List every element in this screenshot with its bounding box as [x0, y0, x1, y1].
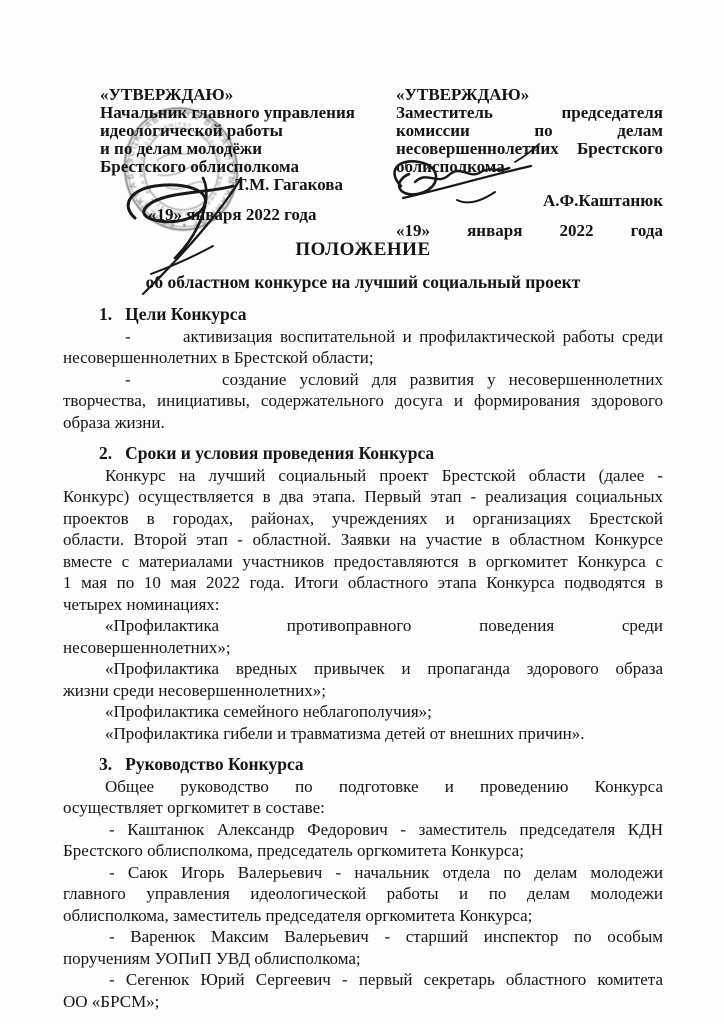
nomination-paragraph: «Профилактика вредных привычек и пропага… [63, 658, 663, 701]
approver-name: Т.М. Гагакова [100, 176, 343, 194]
nomination-paragraph: «Профилактика противоправного поведения … [63, 615, 663, 658]
text-line: - Каштанюк Александр Федорович - замести… [63, 819, 663, 841]
approver-title-line: идеологической работы [100, 122, 343, 140]
committee-member: - Варенюк Максим Валерьевич - старший ин… [63, 926, 663, 969]
text-line: облисполкома, заместитель председателя о… [63, 905, 663, 927]
section-title: Руководство Конкурса [125, 754, 304, 774]
approval-date: «19» января 2022 года [100, 206, 343, 224]
committee-member: - Саюк Игорь Валерьевич - начальник отде… [63, 862, 663, 927]
section-number: 2. [99, 443, 125, 463]
text-line: - создание условий для развития у несове… [63, 369, 663, 391]
approver-title-line: Брестского облисполкома [100, 158, 343, 176]
approve-label: «УТВЕРЖДАЮ» [396, 86, 663, 104]
text-line: «Профилактика противоправного поведения … [63, 615, 663, 637]
approver-title-line: и по делам молодёжи [100, 140, 343, 158]
nomination-paragraph: «Профилактика семейного неблагополучия»; [63, 701, 663, 723]
text-line: несовершеннолетних в Брестской области; [63, 347, 663, 369]
approver-name: А.Ф.Каштанюк [396, 192, 663, 210]
text-line: образа жизни. [63, 412, 663, 434]
text-line: четырех номинациях: [63, 594, 663, 616]
text-line: - активизация воспитательной и профилакт… [63, 326, 663, 348]
approval-block-left: «УТВЕРЖДАЮ» Начальник главного управлени… [100, 86, 343, 224]
text-line: главного управления идеологической работ… [63, 883, 663, 905]
text-line: Брестского облисполкома, председатель ор… [63, 840, 663, 862]
approval-header: БРЭСЦКІ АБЛАСНЫ ВЫКАНАЎЧЫ КАМІТЭТ • БРЭС… [63, 78, 663, 230]
section-heading-2: 2.Сроки и условия проведения Конкурса [63, 443, 663, 465]
text-line: Конкурс на лучший социальный проект Брес… [63, 465, 663, 487]
document-title: ПОЛОЖЕНИЕ [63, 238, 663, 262]
approver-title-line: комиссии по делам [396, 122, 663, 140]
text-line: «Профилактика вредных привычек и пропага… [63, 658, 663, 680]
approval-block-right: «УТВЕРЖДАЮ» Заместитель председателя ком… [396, 86, 663, 240]
text-line: жизни среди несовершеннолетних»; [63, 680, 663, 702]
paragraph: - создание условий для развития у несове… [63, 369, 663, 434]
section-number: 3. [99, 754, 125, 774]
text-line: ОО «БРСМ»; [63, 991, 663, 1013]
paragraph: Конкурс на лучший социальный проект Брес… [63, 465, 663, 616]
text-line: Общее руководство по подготовке и провед… [63, 776, 663, 798]
paragraph: Общее руководство по подготовке и провед… [63, 776, 663, 819]
text-line: 1 мая по 10 мая 2022 года. Итоги областн… [63, 572, 663, 594]
approver-title-line: облисполкома [396, 158, 663, 176]
section-number: 1. [99, 304, 125, 324]
approval-date: «19» января 2022 года [396, 222, 663, 240]
text-line: вместе с материалами участников предоста… [63, 551, 663, 573]
section-heading-3: 3.Руководство Конкурса [63, 754, 663, 776]
paragraph: - активизация воспитательной и профилакт… [63, 326, 663, 369]
section-title: Сроки и условия проведения Конкурса [125, 443, 434, 463]
text-line: поручениям УОПиП УВД облисполкома; [63, 948, 663, 970]
text-line: Конкурс) осуществляется в два этапа. Пер… [63, 486, 663, 508]
section-heading-1: 1.Цели Конкурса [63, 304, 663, 326]
approve-label: «УТВЕРЖДАЮ» [100, 86, 343, 104]
approver-title-line: Заместитель председателя [396, 104, 663, 122]
approver-title-line: Начальник главного управления [100, 104, 343, 122]
document-page: БРЭСЦКІ АБЛАСНЫ ВЫКАНАЎЧЫ КАМІТЭТ • БРЭС… [0, 0, 724, 1024]
committee-member: - Каштанюк Александр Федорович - замести… [63, 819, 663, 862]
text-line: несовершеннолетних»; [63, 637, 663, 659]
text-line: - Сегенюк Юрий Сергеевич - первый секрет… [63, 969, 663, 991]
text-line: осуществляет оргкомитет в составе: [63, 797, 663, 819]
section-title: Цели Конкурса [125, 304, 246, 324]
nomination-paragraph: «Профилактика гибели и травматизма детей… [63, 723, 663, 745]
approver-title-line: несовершеннолетних Брестского [396, 140, 663, 158]
text-line: «Профилактика семейного неблагополучия»; [63, 701, 663, 723]
text-line: области. Второй этап - областной. Заявки… [63, 529, 663, 551]
text-line: проектов в городах, районах, учреждениях… [63, 508, 663, 530]
text-line: - Саюк Игорь Валерьевич - начальник отде… [63, 862, 663, 884]
text-line: «Профилактика гибели и травматизма детей… [63, 723, 663, 745]
text-line: - Варенюк Максим Валерьевич - старший ин… [63, 926, 663, 948]
committee-member: - Сегенюк Юрий Сергеевич - первый секрет… [63, 969, 663, 1012]
document-subtitle: об областном конкурсе на лучший социальн… [63, 270, 663, 294]
text-line: творчества, инициативы, содержательного … [63, 390, 663, 412]
